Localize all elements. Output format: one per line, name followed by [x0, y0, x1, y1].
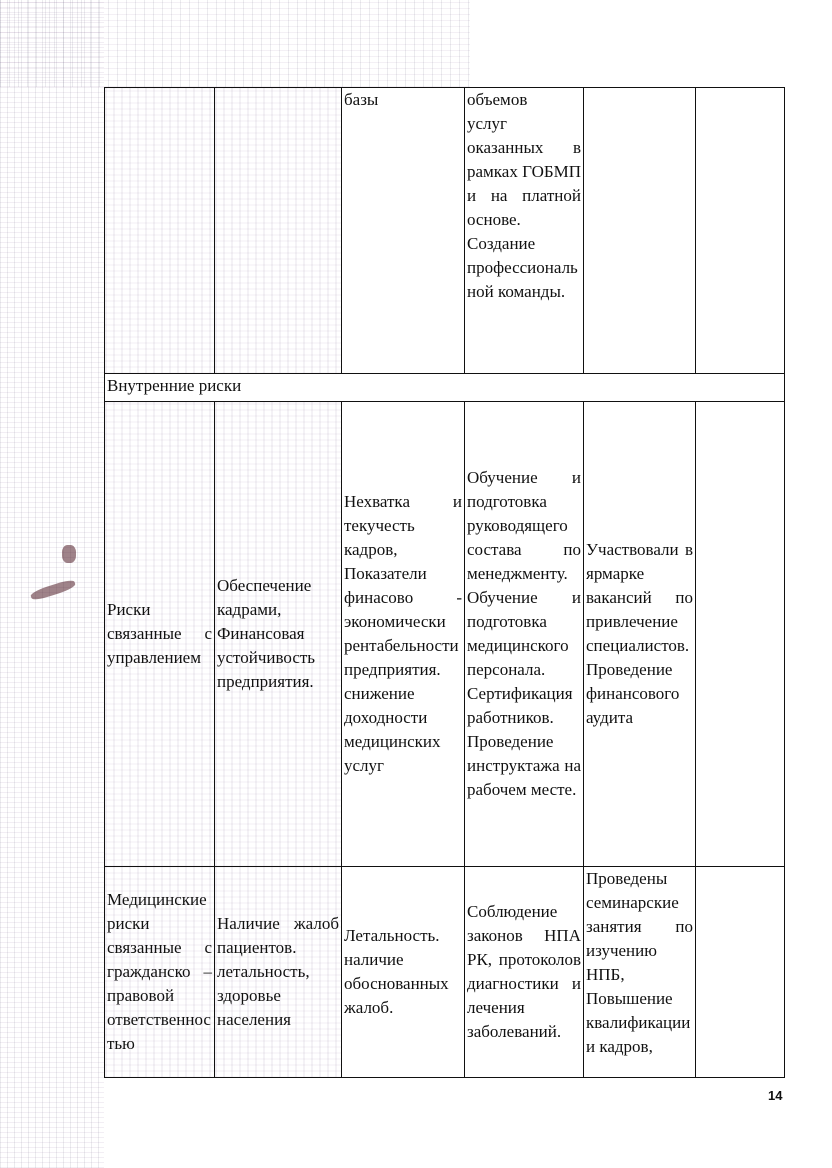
table-cell-risk-name: Риски связанные с управлением — [105, 402, 215, 867]
table-cell — [215, 88, 342, 374]
table-cell — [696, 867, 785, 1078]
table-cell-results: Проведены семинарские занятия по изучени… — [584, 867, 696, 1078]
table-cell-measures: Обучение и подготовка руководящего соста… — [465, 402, 584, 867]
table-cell: объемов услуг оказанных в рамках ГОБМП и… — [465, 88, 584, 374]
table-cell — [696, 88, 785, 374]
table-cell-factors: Обеспечение кадрами, Финансовая устойчив… — [215, 402, 342, 867]
table-cell-factors: Наличие жалоб пациентов. летальность, зд… — [215, 867, 342, 1078]
table-cell-results: Участвовали в ярмарке вакансий по привле… — [584, 402, 696, 867]
risk-table: базы объемов услуг оказанных в рамках ГО… — [104, 87, 785, 1078]
table-cell-risk-name: Медицинские риски связанные с гражданско… — [105, 867, 215, 1078]
table-cell — [584, 88, 696, 374]
table-cell — [696, 402, 785, 867]
table-cell-indicators: Летальность. наличие обоснованных жалоб. — [342, 867, 465, 1078]
table-row-section-header: Внутренние риски — [105, 374, 785, 402]
table-cell-indicators: Нехватка и текучесть кадров, Показатели … — [342, 402, 465, 867]
table-row-medical-risks: Медицинские риски связанные с гражданско… — [105, 867, 785, 1078]
table-row-management-risks: Риски связанные с управлением Обеспечени… — [105, 402, 785, 867]
table-cell — [105, 88, 215, 374]
page-number: 14 — [768, 1088, 782, 1103]
table-row-continuation: базы объемов услуг оказанных в рамках ГО… — [105, 88, 785, 374]
table-cell-measures: Соблюдение законов НПА РК, протоколов ди… — [465, 867, 584, 1078]
scan-noise-top — [0, 0, 470, 87]
scan-smudge — [62, 545, 76, 563]
table-cell: базы — [342, 88, 465, 374]
section-title: Внутренние риски — [105, 374, 785, 402]
